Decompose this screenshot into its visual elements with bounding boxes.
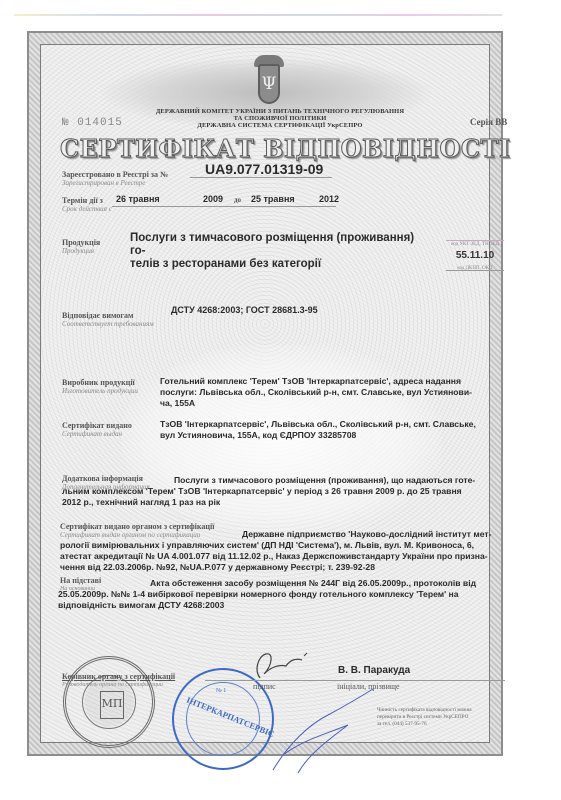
serial-label: № (62, 117, 70, 129)
manufacturer-label-ru: Изготовитель продукции (62, 387, 138, 395)
code-top-label: код УКТ ЗЕД, ТН ЗЕД (444, 242, 506, 247)
certifying-body-line-2: рології вимірювальних і управляючих сист… (60, 540, 510, 551)
name-caption: ініціали, прізвище (337, 682, 400, 691)
verification-footnote: Чинність сертифіката відповідності можна… (377, 707, 507, 728)
additional-info-line-3: 2012 р., технічний нагляд 1 раз на рік (62, 497, 510, 508)
validity-label: Термін дії з (62, 196, 112, 205)
product-code-box: код УКТ ЗЕД, ТН ЗЕД 55.11.10 код ДКПП, О… (444, 240, 506, 271)
product-line-2: телів з ресторанами без категорії (130, 258, 430, 271)
certifying-body-line-4: чення від 22.03.2006р. №92, №UA.P.077 у … (60, 562, 510, 573)
head-label: Керівник органу з сертифікації (62, 672, 175, 681)
additional-info-line-1: Послуги з тимчасового розміщення (прожив… (62, 475, 510, 486)
certifying-body-details: Державне підприємство 'Науково-дослідний… (60, 529, 510, 573)
scan-edge-line (14, 14, 502, 16)
conformity-label: Відповідає вимогам (62, 311, 154, 320)
ministry-line-3: ДЕРЖАВНА СИСТЕМА СЕРТИФІКАЦІЇ УкрСЕПРО (120, 122, 440, 129)
issued-to-label: Сертифікат видано (62, 421, 132, 430)
handwritten-signature-icon (250, 648, 310, 682)
validity-underline (112, 206, 336, 207)
registry-label-ru: Зарегистрирован в Реестре (62, 179, 168, 187)
conformity-label-group: Відповідає вимогам Соответствует требова… (62, 311, 154, 328)
additional-info-line-2: льним комплексом 'Терем' ТзОВ 'Інтеркарп… (62, 486, 510, 497)
conformity-standards: ДСТУ 4268:2003; ГОСТ 28681.3-95 (171, 305, 318, 315)
certificate-title: СЕРТИФІКАТ ВІДПОВІДНОСТІ (60, 134, 500, 163)
registry-label-group: Зареєстровано в Реєстрі за № Зарегистрир… (62, 170, 168, 187)
ministry-header: ДЕРЖАВНИЙ КОМІТЕТ УКРАЇНИ З ПИТАНЬ ТЕХНІ… (120, 108, 440, 129)
product-description: Послуги з тимчасового розміщення (прожив… (130, 232, 430, 271)
validity-to-label: до (234, 196, 241, 205)
issued-to-details: ТзОВ 'Інтеркарпатсервіс', Львівська обл.… (160, 419, 510, 441)
footnote-line-2: перевірити в Реєстрі системи УкрСЕПРО (377, 714, 507, 721)
issued-to-line-2: вул Устияновича, 155А, код ЄДРПОУ 332857… (160, 430, 510, 441)
manufacturer-line-1: Готельний комплекс 'Терем' ТзОВ 'Інтерка… (160, 376, 510, 387)
trident-icon: Ψ (258, 64, 280, 104)
serial-value: 014015 (77, 117, 123, 129)
footnote-line-1: Чинність сертифіката відповідності можна (377, 707, 507, 714)
validity-from-date: 26 травня (116, 194, 160, 204)
product-line-1: Послуги з тимчасового розміщення (прожив… (130, 232, 430, 258)
manufacturer-details: Готельний комплекс 'Терем' ТзОВ 'Інтерка… (160, 376, 510, 409)
validity-to-date: 25 травня (251, 194, 295, 204)
registry-underline (190, 177, 332, 178)
issued-to-line-1: ТзОВ 'Інтеркарпатсервіс', Львівська обл.… (160, 419, 510, 430)
footnote-line-3: за тел. (044) 537-95-76 (377, 721, 507, 728)
validity-to-year: 2012 (319, 194, 339, 204)
signatory-name: В. В. Паракуда (338, 665, 410, 676)
signature-caption: підпис (253, 682, 276, 691)
issued-to-label-group: Сертифікат видано Сертификат выдан (62, 421, 132, 438)
ministry-line-2: ТА СПОЖИВЧОЇ ПОЛІТИКИ (120, 115, 440, 122)
certifying-body-line-3: атестат акредитації № UA 4.001.077 від 1… (60, 551, 510, 562)
manufacturer-line-2: послуги: Львівська обл., Сколівський р-н… (160, 387, 510, 398)
registration-number: UA9.077.01319-09 (205, 161, 323, 177)
issued-to-label-ru: Сертификат выдан (62, 430, 132, 438)
series: Серія ВВ (470, 117, 507, 127)
certifying-body-line-1: Державне підприємство 'Науково-дослідний… (60, 529, 510, 540)
head-label-ru: Руководитель органа по сертификации (62, 681, 175, 689)
serial-number: № 014015 (62, 117, 123, 129)
registry-label: Зареєстровано в Реєстрі за № (62, 170, 168, 179)
basis-line-1: Акта обстеження засобу розміщення № 244Г… (58, 578, 510, 589)
manufacturer-label: Виробник продукції (62, 378, 138, 387)
conformity-label-ru: Соответствует требованиям (62, 320, 154, 328)
validity-label-group: Термін дії з Срок действия с (62, 196, 112, 213)
code-top-rule (446, 240, 504, 241)
company-seal-number: № 1 (216, 688, 226, 694)
basis-details: Акта обстеження засобу розміщення № 244Г… (58, 578, 510, 611)
blue-signature-icon (268, 685, 378, 775)
series-value: ВВ (495, 117, 507, 127)
basis-line-2: 25.05.2009р. №№ 1-4 вибіркової перевірки… (58, 589, 510, 600)
validity-from-year: 2009 (203, 194, 223, 204)
manufacturer-line-3: ча, 155А (160, 398, 510, 409)
seal-mark: МП (100, 691, 124, 719)
head-label-group: Керівник органу з сертифікації Руководит… (62, 672, 175, 689)
validity-label-ru: Срок действия с (62, 205, 112, 213)
manufacturer-label-group: Виробник продукції Изготовитель продукци… (62, 378, 138, 395)
series-label: Серія (470, 117, 493, 127)
code-bottom-rule (446, 270, 504, 271)
additional-info-details: Послуги з тимчасового розміщення (прожив… (62, 475, 510, 508)
product-label: Продукція (62, 238, 100, 247)
product-code: 55.11.10 (444, 250, 506, 261)
certification-body-seal: МП (63, 656, 155, 748)
product-label-ru: Продукция (62, 247, 100, 255)
ministry-line-1: ДЕРЖАВНИЙ КОМІТЕТ УКРАЇНИ З ПИТАНЬ ТЕХНІ… (120, 108, 440, 115)
product-label-group: Продукція Продукция (62, 238, 100, 255)
basis-line-3: відповідність вимогам ДСТУ 4268:2003 (58, 600, 510, 611)
